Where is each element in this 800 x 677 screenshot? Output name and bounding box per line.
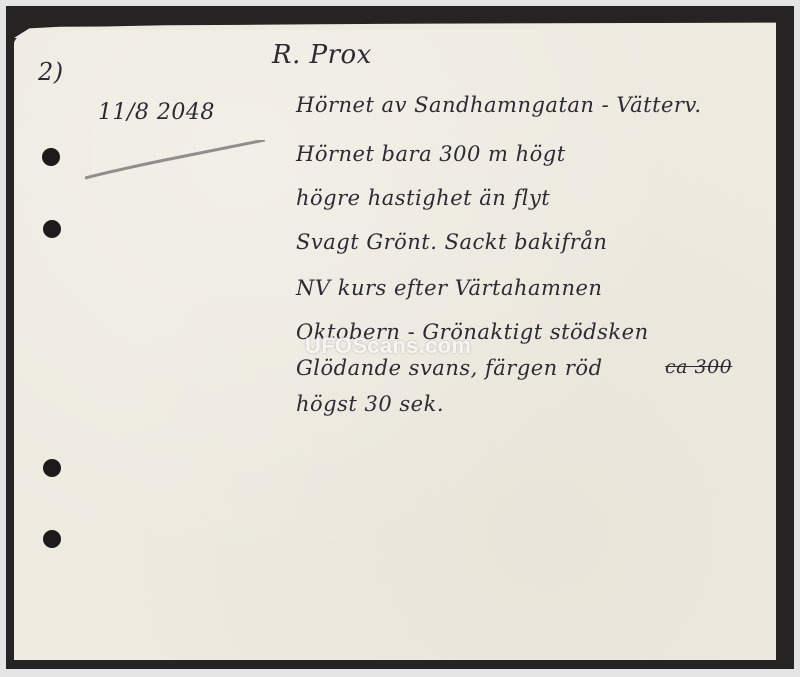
punch-hole-icon <box>43 220 61 238</box>
punch-hole-icon <box>43 530 61 548</box>
punch-hole-icon <box>43 459 61 477</box>
text-line: NV kurs efter Värtahamnen <box>296 276 602 300</box>
pencil-stroke <box>85 140 265 182</box>
text-line: Hörnet bara 300 m högt <box>296 142 566 166</box>
page-marker: 2) <box>38 58 64 86</box>
document-heading: R. Prox <box>272 40 372 70</box>
watermark: UFOScans.com <box>305 333 471 359</box>
struck-text: ca 300 <box>665 356 732 378</box>
text-line: högst 30 sek. <box>296 392 444 416</box>
text-line: högre hastighet än flyt <box>296 186 550 210</box>
punch-hole-icon <box>42 148 60 166</box>
text-line: Glödande svans, färgen röd <box>296 356 603 380</box>
date: 11/8 2048 <box>98 100 215 125</box>
text-line: Hörnet av Sandhamngatan - Vätterv. <box>296 93 702 117</box>
text-line: Svagt Grönt. Sackt bakifrån <box>296 230 607 254</box>
